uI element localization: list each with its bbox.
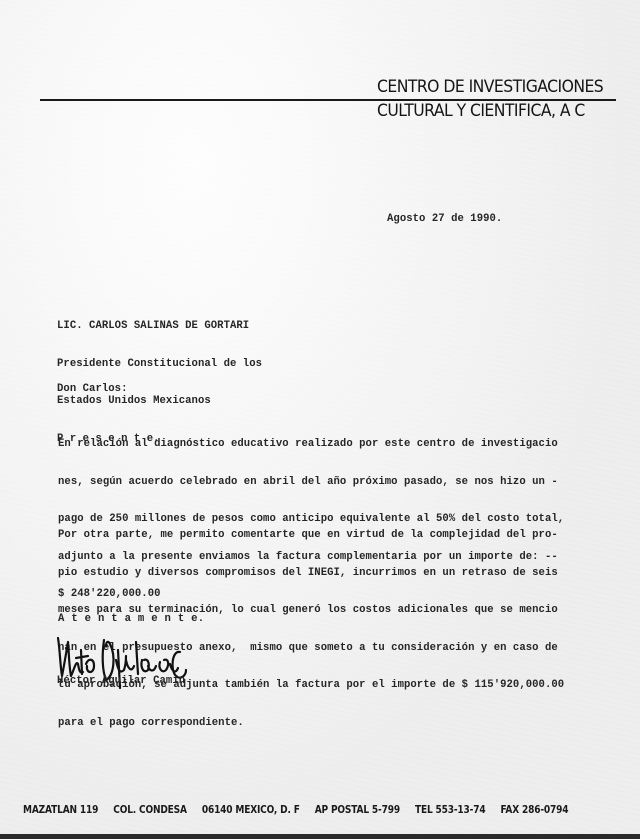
letterhead-organization-subtitle: CULTURAL Y CIENTIFICA, A C: [377, 101, 585, 121]
footer-fax: FAX 286-0794: [500, 804, 568, 816]
paragraph-line: pio estudio y diversos compromisos del I…: [58, 567, 564, 580]
letterhead-footer: MAZATLAN 119 COL. CONDESA 06140 MEXICO, …: [23, 804, 580, 816]
salutation: Don Carlos:: [57, 383, 127, 396]
paragraph-line: nes, según acuerdo celebrado en abril de…: [58, 476, 564, 489]
recipient-name: LIC. CARLOS SALINAS DE GORTARI: [57, 320, 262, 333]
body-paragraph-2: Por otra parte, me permito comentarte qu…: [58, 504, 564, 754]
paragraph-line: para el pago correspondiente.: [58, 717, 564, 730]
scan-edge: [0, 834, 640, 839]
footer-phone: TEL 553-13-74: [415, 804, 485, 816]
closing: A t e n t a m e n t e.: [58, 613, 204, 626]
paragraph-line: En relación al diagnóstico educativo rea…: [58, 438, 564, 451]
footer-po-box: AP POSTAL 5-799: [315, 804, 400, 816]
letterhead-organization-name: CENTRO DE INVESTIGACIONES: [377, 77, 603, 97]
paragraph-line: Por otra parte, me permito comentarte qu…: [58, 529, 564, 542]
recipient-country: Estados Unidos Mexicanos: [57, 395, 262, 408]
letter-date: Agosto 27 de 1990.: [387, 213, 502, 226]
footer-colonia: COL. CONDESA: [113, 804, 187, 816]
footer-city: 06140 MEXICO, D. F: [202, 804, 300, 816]
recipient-title: Presidente Constitucional de los: [57, 358, 262, 371]
letter-page: CENTRO DE INVESTIGACIONES CULTURAL Y CIE…: [0, 0, 640, 834]
footer-address: MAZATLAN 119: [23, 804, 98, 816]
signer-name: Héctor Aguilar Camín: [57, 675, 185, 688]
